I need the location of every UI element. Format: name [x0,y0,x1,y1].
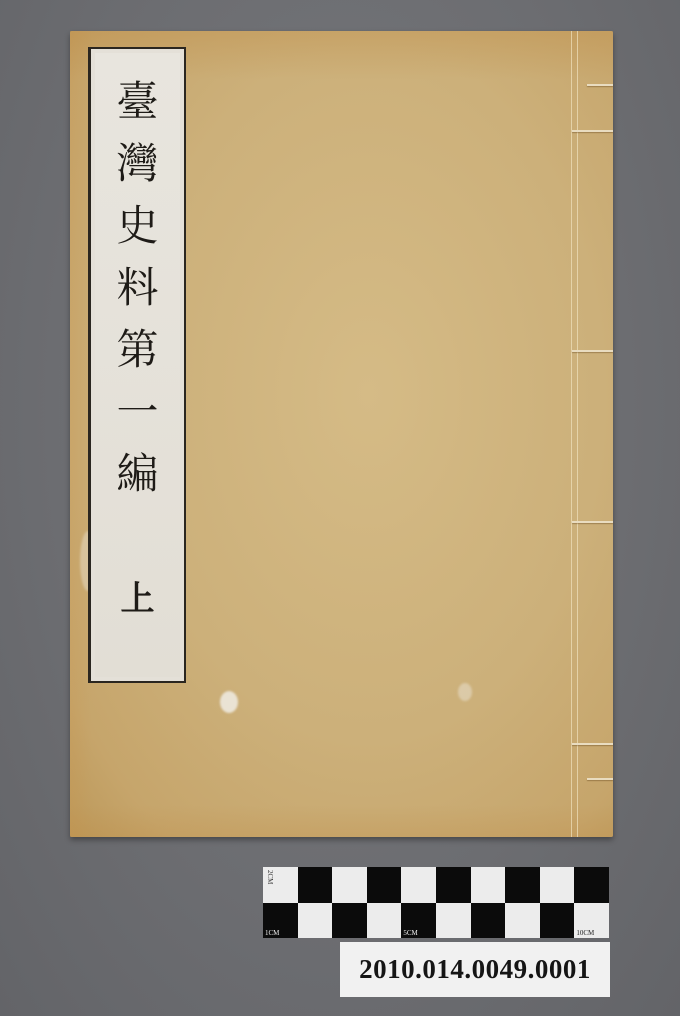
scale-label-2cm: 2CM [266,870,274,884]
scale-cell [471,867,506,903]
binding-stitch [572,350,613,352]
binding-stitch [572,521,613,523]
scale-cell: 1CM [263,903,298,939]
paper-stain [458,683,472,701]
scale-cell: 5CM [401,903,436,939]
binding-stitch [587,778,613,780]
scale-cell [505,903,540,939]
scale-cell [332,867,367,903]
scale-cell [540,903,575,939]
scale-label-10cm: 10CM [576,929,594,937]
scale-cell [436,903,471,939]
scale-cell [574,867,609,903]
scale-cell [367,867,402,903]
scale-cell [332,903,367,939]
scale-label-1cm: 1CM [265,929,279,937]
scale-cell [298,867,333,903]
spine-crease [577,31,578,837]
spine-crease [571,31,572,837]
scale-cell [298,903,333,939]
scale-cell [540,867,575,903]
title-char: 臺 [116,71,158,133]
book-cover: 臺 灣 史 料 第 一 編 上 [70,31,613,837]
scale-cell [471,903,506,939]
scale-cell [436,867,471,903]
binding-stitch [587,84,613,86]
scale-cell [401,867,436,903]
scale-cell: 2CM [263,867,298,903]
scale-cell: 10CM [574,903,609,939]
book-title: 臺 灣 史 料 第 一 編 [91,71,184,505]
title-slip: 臺 灣 史 料 第 一 編 上 [88,47,186,683]
color-scale-bar: 2CM 1CM 5CM 10CM [263,867,609,938]
title-char: 第 [116,319,158,381]
scale-cell [505,867,540,903]
paper-stain [220,691,238,713]
title-char: 編 [116,443,158,505]
binding-stitch [572,743,613,745]
scale-label-5cm: 5CM [403,929,417,937]
title-char: 灣 [116,133,158,195]
binding-stitch [572,130,613,132]
title-char: 料 [116,257,158,319]
title-char: 史 [116,195,158,257]
volume-mark: 上 [91,571,184,620]
accession-number-label: 2010.014.0049.0001 [340,942,610,997]
title-char: 一 [116,381,158,443]
scale-cell [367,903,402,939]
